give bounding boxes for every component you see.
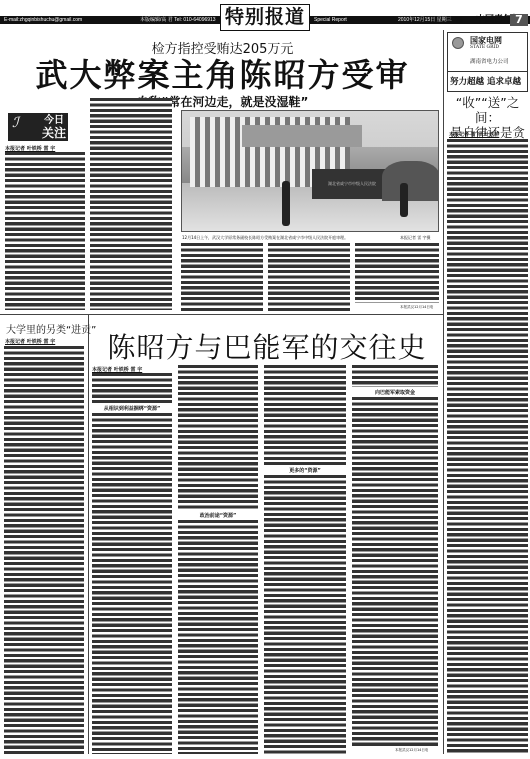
second-body-col2b: 陈昭方在法庭上表示自己认罪悔罪，检方指控其利用担任武汉大学副校长等职务上的便利，… bbox=[178, 520, 258, 754]
second-subhead-3: 更多的“资源” bbox=[264, 467, 346, 474]
ad-company: 湖南省电力公司 bbox=[470, 57, 509, 65]
second-body-col4b: 陈昭方在法庭上表示自己认罪悔罪，检方指控其利用担任武汉大学副校长等职务上的便利，… bbox=[352, 397, 438, 747]
logo-swirl-icon: ℐ bbox=[12, 115, 19, 131]
lead-kicker: 检方指控受贿达205万元 bbox=[0, 38, 445, 57]
second-body-col2a: 陈昭方在法庭上表示自己认罪悔罪，检方指控其利用担任武汉大学副校长等职务上的便利，… bbox=[178, 365, 258, 510]
section-title: 特别报道 bbox=[220, 4, 310, 31]
tree bbox=[382, 161, 439, 201]
second-body-col1b: 陈昭方在法庭上表示自己认罪悔罪，检方指控其利用担任武汉大学副校长等职务上的便利，… bbox=[92, 413, 172, 754]
second-story-headline: 陈昭方与巴能军的交往史 bbox=[92, 326, 442, 366]
lead-body-col2: 陈昭方在法庭上表示自己认罪悔罪，检方指控其利用担任武汉大学副校长等职务上的便利，… bbox=[90, 98, 172, 310]
sidebar-body: 陈昭方在法庭上表示自己认罪悔罪，检方指控其利用担任武汉大学副校长等职务上的便利，… bbox=[447, 139, 528, 754]
second-body-col1a: 陈昭方在法庭上表示自己认罪悔罪，检方指控其利用担任武汉大学副校长等职务上的便利，… bbox=[92, 373, 172, 403]
second-subhead-4: 向巴能军索取资金 bbox=[352, 389, 438, 396]
lead-byline: 本报记者 叶铁桥 雷 宇 bbox=[5, 145, 55, 152]
side-story-headline: 大学里的另类“进贡” bbox=[6, 321, 96, 336]
lead-body-col4: 陈昭方在法庭上表示自己认罪悔罪，检方指控其利用担任武汉大学副校长等职务上的便利，… bbox=[268, 243, 350, 311]
ad-brand-en: STATE GRID bbox=[470, 45, 499, 50]
court-sign: 湖北省咸宁市中级人民法院 bbox=[312, 169, 392, 199]
second-endnote: 本报武汉12月14日电 bbox=[395, 747, 428, 753]
state-grid-globe-icon bbox=[452, 37, 464, 49]
ad-slogan: 努力超越 追求卓越 bbox=[450, 75, 521, 87]
second-subhead-2: 政治前途“资源” bbox=[178, 512, 258, 519]
header-email: E-mail:zhgqinbishuchu@gmail.com bbox=[4, 16, 82, 24]
divider-vertical-right bbox=[443, 30, 444, 754]
second-body-col3a: 陈昭方在法庭上表示自己认罪悔罪，检方指控其利用担任武汉大学副校长等职务上的便利，… bbox=[264, 365, 346, 465]
lead-body-col5: 陈昭方在法庭上表示自己认罪悔罪，检方指控其利用担任武汉大学副校长等职务上的便利，… bbox=[355, 243, 439, 303]
second-body-col3b: 陈昭方在法庭上表示自己认罪悔罪，检方指控其利用担任武汉大学副校长等职务上的便利，… bbox=[264, 475, 346, 754]
sidebar-byline: 本报记者 雷 宇 叶铁桥 bbox=[449, 131, 499, 138]
ad-divider bbox=[448, 71, 527, 72]
lead-endnote: 本报武汉12月14日电 bbox=[400, 304, 433, 310]
pedestrian-right bbox=[400, 183, 408, 217]
column-logo: ℐ 今日 关注 bbox=[8, 113, 68, 141]
lead-deck: 自称“常在河边走，就是没湿鞋” bbox=[0, 93, 445, 110]
sidebar-headline-line1: “收”“送”之间： bbox=[447, 95, 528, 125]
header-date: 2010年12月15日 星期三 bbox=[398, 16, 452, 24]
state-grid-ad: 国家电网 STATE GRID 湖南省电力公司 努力超越 追求卓越 bbox=[447, 32, 528, 92]
divider-horizontal bbox=[0, 314, 443, 315]
photo-caption: 12月14日上午，武汉大学原常务副校长陈昭方受贿案在湖北省咸宁市中级人民法院开庭… bbox=[182, 235, 382, 241]
second-body-col4a: 陈昭方在法庭上表示自己认罪悔罪，检方指控其利用担任武汉大学副校长等职务上的便利，… bbox=[352, 365, 438, 387]
lead-headline: 武大弊案主角陈昭方受审 bbox=[0, 56, 445, 94]
lead-body-col3: 陈昭方在法庭上表示自己认罪悔罪，检方指控其利用担任武汉大学副校长等职务上的便利，… bbox=[181, 243, 263, 311]
lead-body-col1: 陈昭方在法庭上表示自己认罪悔罪，检方指控其利用担任武汉大学副校长等职务上的便利，… bbox=[5, 152, 85, 310]
court-photo: 湖北省咸宁市中级人民法院 bbox=[181, 110, 439, 232]
building-canopy bbox=[242, 125, 362, 147]
divider-vertical bbox=[88, 314, 89, 754]
header-contact: 本版编辑/高 君 Tel: 010-64096913 bbox=[140, 16, 216, 24]
photo-credit: 本报记者 雷 宇摄 bbox=[400, 235, 431, 241]
logo-text-bottom: 关注 bbox=[42, 124, 66, 141]
second-subhead-1: 从相识到利益捆绑“资源” bbox=[92, 405, 172, 412]
second-story-byline: 本报记者 叶铁桥 雷 宇 bbox=[92, 366, 142, 373]
side-story-byline: 本报记者 叶铁桥 雷 宇 bbox=[5, 338, 55, 345]
hatch-decoration-icon: \\\\\ bbox=[455, 16, 462, 24]
section-title-en: Special Report bbox=[314, 16, 347, 24]
page-number: 7 bbox=[510, 14, 528, 26]
side-story-body: 陈昭方在法庭上表示自己认罪悔罪，检方指控其利用担任武汉大学副校长等职务上的便利，… bbox=[4, 346, 84, 754]
pedestrian-left bbox=[282, 181, 290, 226]
